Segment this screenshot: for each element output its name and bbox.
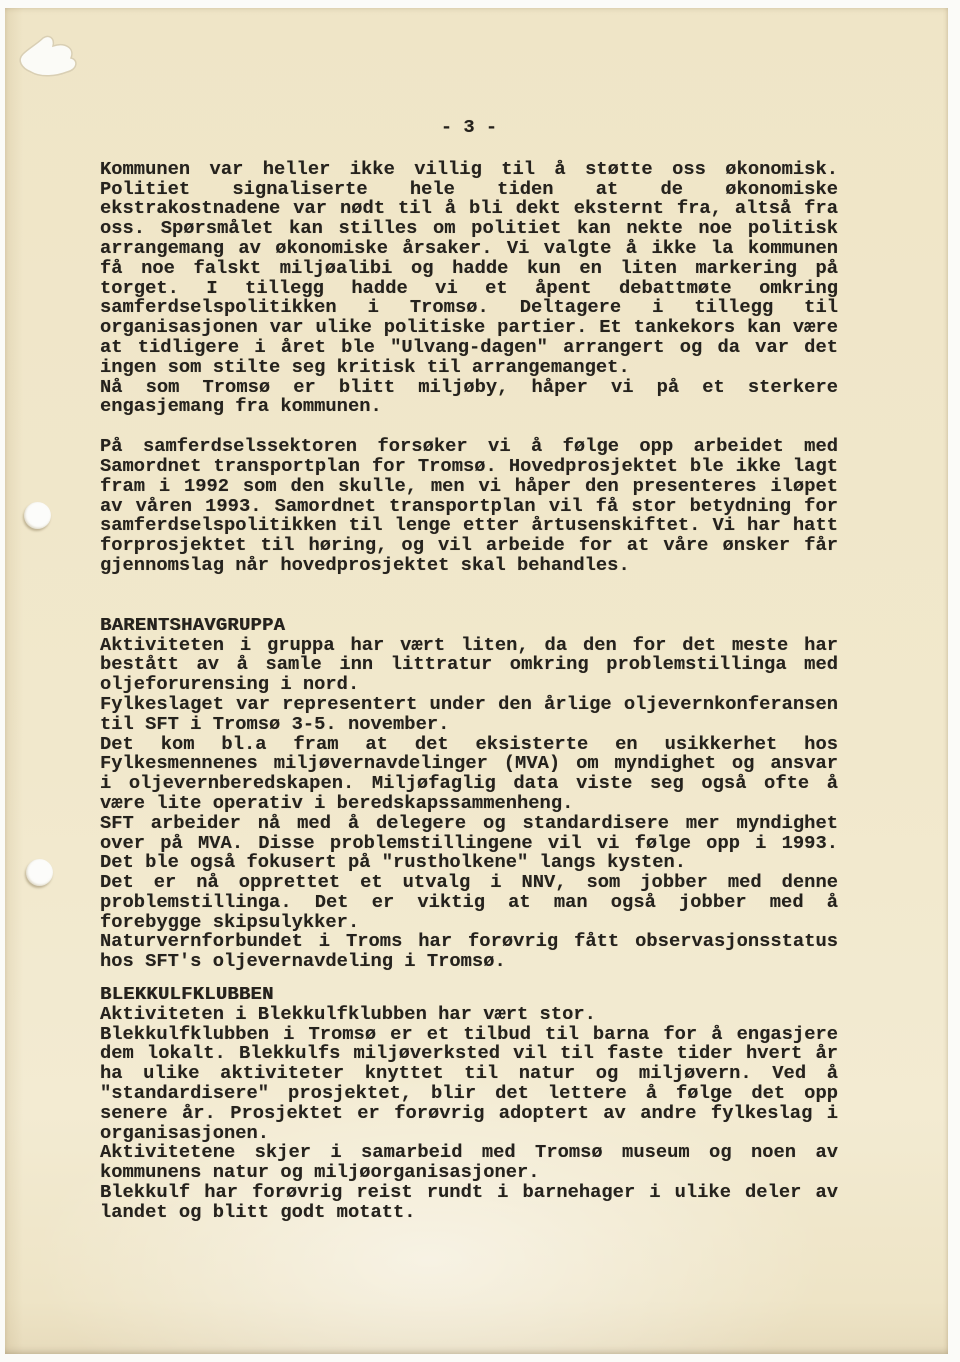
text-line: fram i 1992 som den skulle, men vi håper… (100, 477, 838, 497)
text-line: få noe falskt miljøalibi og hadde kun en… (100, 259, 838, 279)
text-line: være lite operativ i beredskapssammenhen… (100, 794, 838, 814)
text-line: landet og blitt godt motatt. (100, 1203, 838, 1223)
text-line: i oljevernberedskapen. Miljøfaglig data … (100, 774, 838, 794)
text-line: organisasjonen var ulike politiske parti… (100, 318, 838, 338)
text-line: at tidligere i året ble "Ulvang-dagen" a… (100, 338, 838, 358)
text-line: arrangemang av økonomiske årsaker. Vi va… (100, 239, 838, 259)
text-line: Samordnet transportplan for Tromsø. Hove… (100, 457, 838, 477)
text-line: hos SFT's oljevernavdeling i Tromsø. (100, 952, 838, 972)
hole-punch-bottom (26, 859, 53, 886)
document-body: Kommunen var heller ikke villig til å st… (100, 160, 838, 1223)
text-line: engasjemang fra kommunen. (100, 397, 838, 417)
typewritten-text: - 3 - Kommunen var heller ikke villig ti… (100, 118, 838, 1223)
paper-corner-smudge (13, 30, 89, 102)
text-line: Blekkulf har forøvrig reist rundt i barn… (100, 1183, 838, 1203)
text-line: oss. Spørsmålet kan stilles om politiet … (100, 219, 838, 239)
paragraph-samferdselssektoren: På samferdselssektoren forsøker vi å føl… (100, 437, 838, 576)
section-barentshavgruppa: BARENTSHAVGRUPPAAktiviteten i gruppa har… (100, 616, 838, 972)
text-line: ingen som stilte seg kritisk til arrange… (100, 358, 838, 378)
text-line: forprosjektet til høring, og vil arbeide… (100, 536, 838, 556)
section-blekkulfklubben: BLEKKULFKLUBBENAktiviteten i Blekkulfklu… (100, 985, 838, 1223)
text-line: Aktiviteten i Blekkulfklubben har vært s… (100, 1005, 838, 1025)
section-heading: BLEKKULFKLUBBEN (100, 985, 838, 1005)
text-line: "standardisere" prosjektet, blir det let… (100, 1084, 838, 1104)
text-line: Fylkeslaget var representert under den å… (100, 695, 838, 715)
text-line: problemstillinga. Det er viktig at man o… (100, 893, 838, 913)
text-line: til SFT i Tromsø 3-5. november. (100, 715, 838, 735)
text-line: oljeforurensing i nord. (100, 675, 838, 695)
text-line: Kommunen var heller ikke villig til å st… (100, 160, 838, 180)
text-line: På samferdselssektoren forsøker vi å føl… (100, 437, 838, 457)
hole-punch-top (24, 502, 51, 529)
text-line: senere år. Prosjektet er forøvrig adopte… (100, 1104, 838, 1124)
text-line: gjennomslag når hovedprosjektet skal beh… (100, 556, 838, 576)
paragraph-kommune-politiet: Kommunen var heller ikke villig til å st… (100, 160, 838, 417)
text-line: Det er nå opprettet et utvalg i NNV, som… (100, 873, 838, 893)
text-line: SFT arbeider nå med å delegere og standa… (100, 814, 838, 834)
section-heading: BARENTSHAVGRUPPA (100, 616, 838, 636)
page-number: - 3 - (100, 118, 838, 138)
